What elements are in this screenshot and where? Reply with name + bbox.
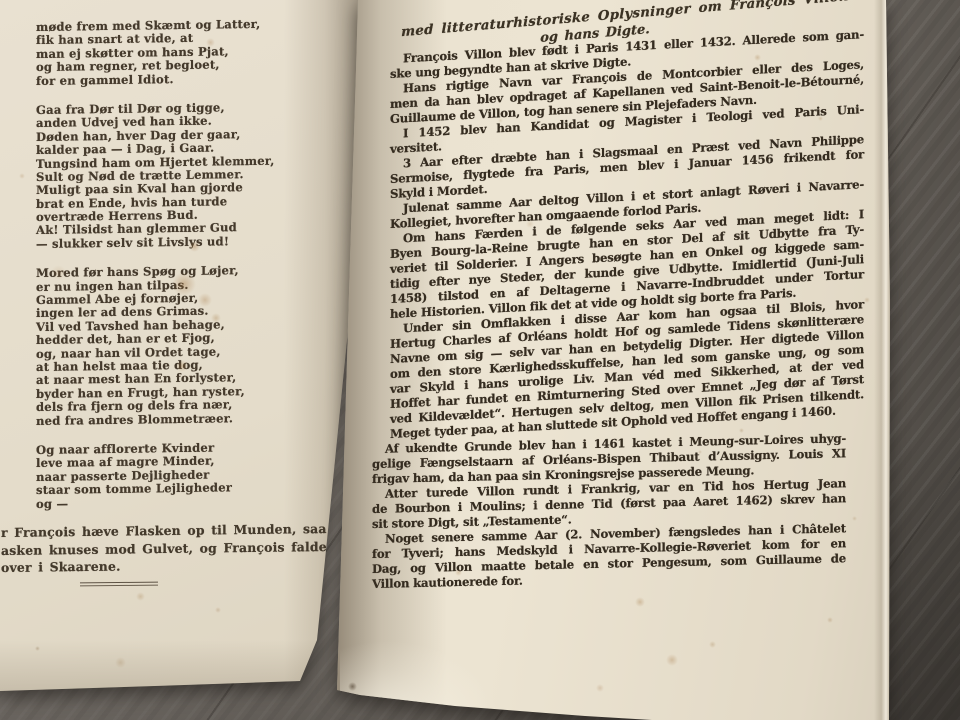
body-text-lower: Af ukendte Grunde blev han i 1461 kastet… — [372, 431, 846, 592]
foxing-stain — [827, 617, 833, 623]
page-curl-highlight — [340, 640, 500, 720]
body-text-upper: François Villon blev født i Paris 1431 e… — [390, 27, 864, 442]
page-right-edge — [874, 0, 890, 720]
foxing-stain — [739, 428, 744, 433]
right-page: Li med litteraturhistoriske Oplysninger … — [0, 0, 960, 720]
book-photo: møde frem med Skæmt og Latter,fik han sn… — [0, 0, 960, 720]
foxing-stain — [864, 297, 870, 303]
foxing-stain — [596, 684, 604, 692]
right-page-shadow: Li med litteraturhistoriske Oplysninger … — [0, 0, 960, 720]
foxing-stain — [635, 597, 645, 607]
foxing-stain — [852, 516, 857, 521]
foxing-stain — [666, 654, 678, 666]
foxing-stain — [709, 641, 716, 648]
